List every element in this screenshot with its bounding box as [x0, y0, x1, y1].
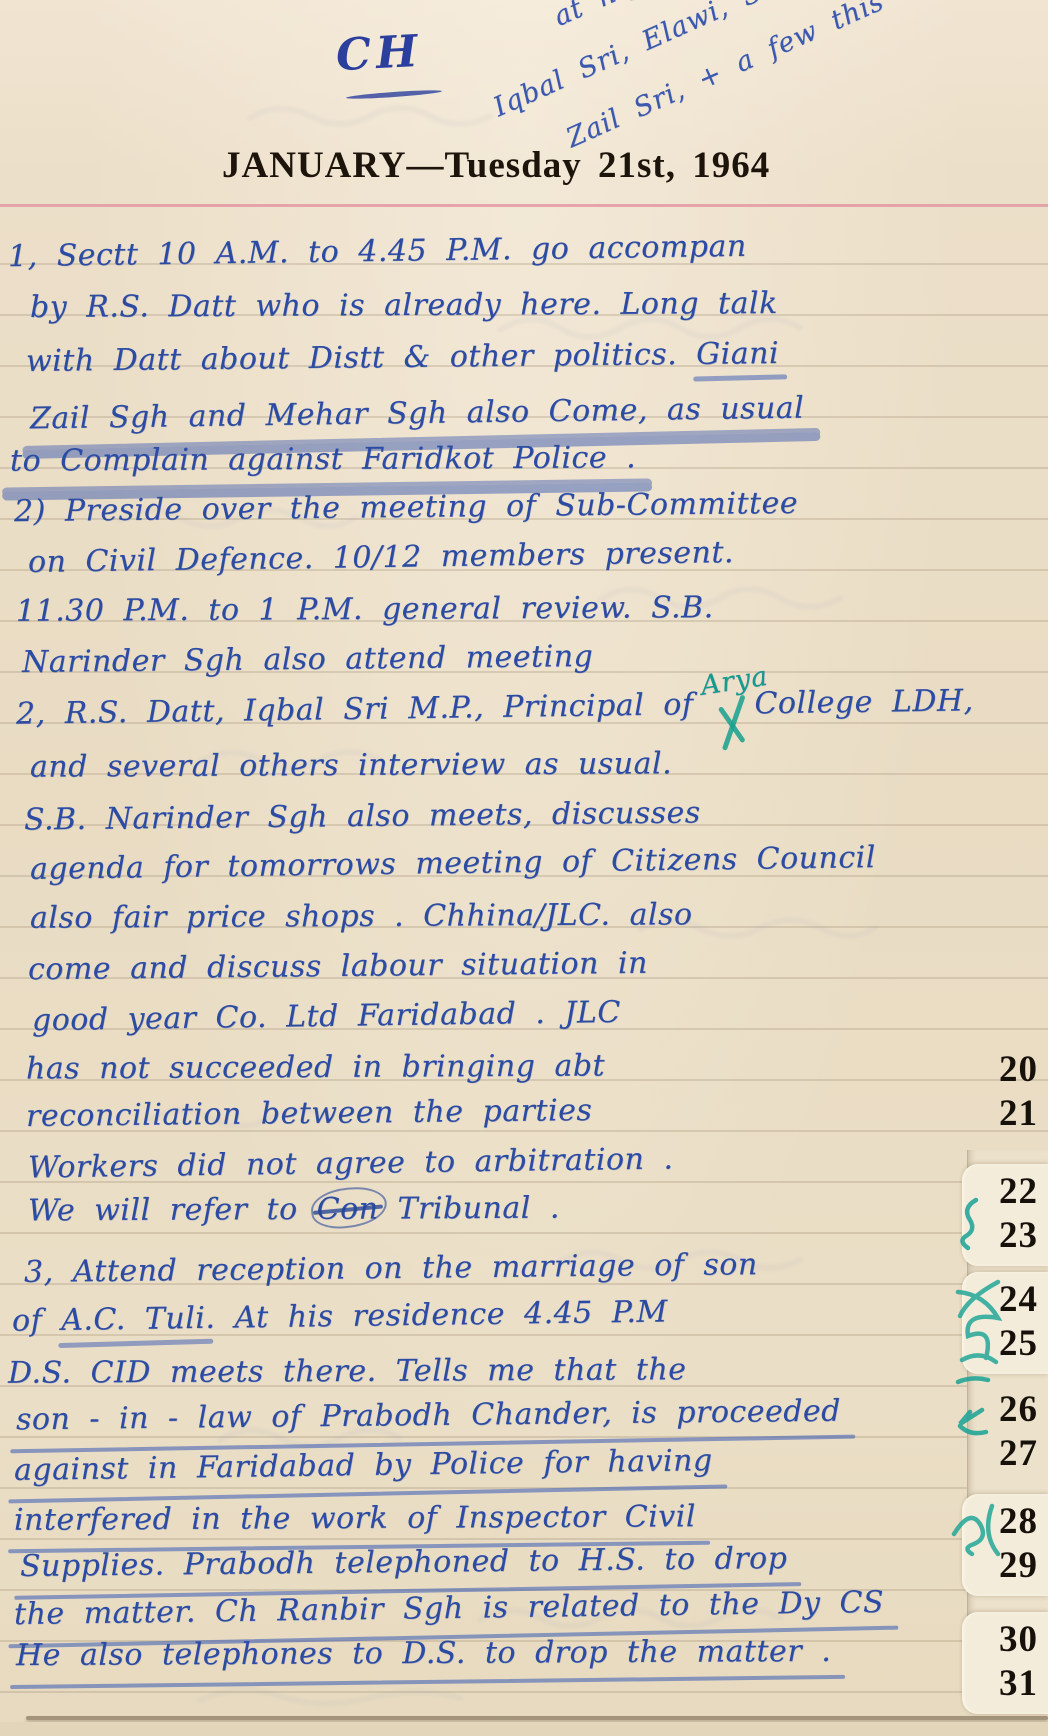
surface-below-page — [0, 1722, 1048, 1736]
line-text: 2) Preside over the meeting of Sub-Commi… — [14, 486, 798, 529]
diary-line: Narinder Sgh also attend meeting — [22, 637, 594, 683]
diary-line: 3, Attend reception on the marriage of s… — [24, 1245, 758, 1293]
diary-line: to Complain against Faridkot Police . — [10, 438, 636, 481]
diary-line: and several others interview as usual. — [30, 744, 672, 787]
diary-line: against in Faridabad by Police for havin… — [14, 1441, 713, 1491]
line-text: against in Faridabad by Police for havin… — [14, 1443, 713, 1488]
line-text: Supplies. Prabodh telephoned to H.S. to … — [20, 1541, 788, 1584]
diary-line: also fair price shops . Chhina/JLC. also — [30, 895, 693, 938]
line-text: . At his residence 4.45 P.M — [205, 1294, 668, 1335]
date-tab-24-25: 2425 — [962, 1272, 1048, 1374]
line-text: Workers did not agree to arbitration . — [28, 1141, 674, 1185]
diary-line: S.B. Narinder Sgh also meets, discusses — [24, 793, 701, 840]
line-text: with Datt about Distt & other politics. — [26, 337, 697, 379]
line-text: Zail Sgh and Mehar Sgh also Come, as usu… — [30, 391, 805, 437]
diary-line: of A.C. Tuli. At his residence 4.45 P.M — [12, 1292, 668, 1341]
diary-lines: 1, Sectt 10 A.M. to 4.45 P.M. go accompa… — [0, 0, 1048, 1736]
line-text: Tribunal . — [378, 1191, 560, 1227]
tab-date-number: 26 — [962, 1388, 1048, 1432]
diary-line: the matter. Ch Ranbir Sgh is related to … — [14, 1583, 885, 1635]
line-text: has not succeeded in bringing abt — [26, 1048, 605, 1086]
line-text: S.B. Narinder Sgh also meets, discusses — [24, 795, 701, 837]
date-tab-20-21: 2021 — [962, 1042, 1048, 1144]
tab-date-number: 29 — [962, 1544, 1048, 1588]
line-text: also fair price shops . Chhina/JLC. also — [30, 897, 693, 935]
diary-line: agenda for tomorrows meeting of Citizens… — [30, 838, 876, 890]
date-tab-30-31: 3031 — [962, 1612, 1048, 1714]
tab-date-number: 30 — [962, 1618, 1048, 1662]
diary-line: Supplies. Prabodh telephoned to H.S. to … — [20, 1539, 788, 1587]
diary-line: We will refer to Con Tribunal . — [28, 1189, 560, 1232]
line-text: agenda for tomorrows meeting of Citizens… — [30, 840, 876, 887]
tab-date-number: 20 — [962, 1048, 1048, 1092]
line-text: interfered in the work of Inspector Civi… — [14, 1499, 696, 1538]
diary-line: 2, R.S. Datt, Iqbal Sri M.P., Principal … — [16, 681, 974, 734]
page-bottom-edge — [26, 1716, 1048, 1720]
underlined-text: Giani — [696, 336, 779, 372]
date-tab-22-23: 2223 — [962, 1164, 1048, 1266]
underlined-text: A.C. Tuli — [61, 1301, 206, 1338]
line-text: come and discuss labour situation in — [28, 946, 648, 987]
tab-date-number: 31 — [962, 1662, 1048, 1706]
diary-line: D.S. CID meets there. Tells me that the — [8, 1350, 687, 1394]
diary-line: by R.S. Datt who is already here. Long t… — [30, 284, 778, 328]
tab-date-number: 28 — [962, 1500, 1048, 1544]
tab-date-number: 23 — [962, 1214, 1048, 1258]
tab-date-number: 25 — [962, 1322, 1048, 1366]
diary-line: good year Co. Ltd Faridabad . JLC — [32, 993, 621, 1041]
diary-line: 11.30 P.M. to 1 P.M. general review. S.B… — [16, 588, 714, 632]
teal-caret-x-mark — [714, 693, 751, 753]
diary-line: 2) Preside over the meeting of Sub-Commi… — [14, 484, 798, 532]
line-text: reconciliation between the parties — [26, 1093, 593, 1134]
diary-line: Workers did not agree to arbitration . — [28, 1139, 674, 1188]
diary-line: interfered in the work of Inspector Civi… — [14, 1497, 696, 1541]
crossed-out-word: Con — [317, 1190, 379, 1230]
diary-line: come and discuss labour situation in — [28, 944, 648, 990]
date-tab-28-29: 2829 — [962, 1494, 1048, 1596]
line-text: 2, R.S. Datt, Iqbal Sri M.P., Principal … — [16, 687, 713, 732]
tab-date-number: 24 — [962, 1278, 1048, 1322]
line-text: the matter. Ch Ranbir Sgh is related to … — [14, 1585, 884, 1632]
diary-line: has not succeeded in bringing abt — [26, 1046, 605, 1089]
diary-page-scan: CH JANUARY—Tuesday 21st, 1964 at night D… — [0, 0, 1048, 1736]
line-text: 11.30 P.M. to 1 P.M. general review. S.B… — [16, 590, 714, 629]
line-text: good year Co. Ltd Faridabad . JLC — [32, 995, 621, 1038]
teal-insertion: Arya — [712, 705, 754, 714]
line-text: He also telephones to D.S. to drop the m… — [16, 1634, 831, 1673]
diary-line: on Civil Defence. 10/12 members present. — [28, 533, 734, 583]
line-text: to Complain against Faridkot Police . — [10, 440, 636, 478]
line-text: son - in - law of Prabodh Chander, is pr… — [16, 1394, 841, 1438]
tab-date-number: 22 — [962, 1170, 1048, 1214]
diary-line: son - in - law of Prabodh Chander, is pr… — [16, 1392, 841, 1441]
tab-date-number: 21 — [962, 1092, 1048, 1136]
line-text: College LDH, — [754, 683, 974, 721]
line-text: by R.S. Datt who is already here. Long t… — [30, 286, 778, 325]
line-text: 1, Sectt 10 A.M. to 4.45 P.M. go accompa… — [8, 229, 747, 274]
line-text: and several others interview as usual. — [30, 746, 672, 784]
diary-line: 1, Sectt 10 A.M. to 4.45 P.M. go accompa… — [8, 227, 747, 277]
line-text: 3, Attend reception on the marriage of s… — [24, 1247, 758, 1290]
line-text: We will refer to — [28, 1192, 317, 1229]
line-text: on Civil Defence. 10/12 members present. — [28, 535, 734, 580]
date-tab-26-27: 2627 — [962, 1382, 1048, 1484]
line-text: of — [12, 1303, 62, 1339]
tab-date-number: 27 — [962, 1432, 1048, 1476]
diary-line: reconciliation between the parties — [26, 1091, 593, 1137]
line-text: Narinder Sgh also attend meeting — [22, 639, 594, 680]
diary-line: with Datt about Distt & other politics. … — [26, 334, 779, 382]
diary-line: He also telephones to D.S. to drop the m… — [16, 1632, 831, 1676]
line-text: D.S. CID meets there. Tells me that the — [8, 1352, 687, 1391]
diary-line: Zail Sgh and Mehar Sgh also Come, as usu… — [30, 389, 805, 440]
